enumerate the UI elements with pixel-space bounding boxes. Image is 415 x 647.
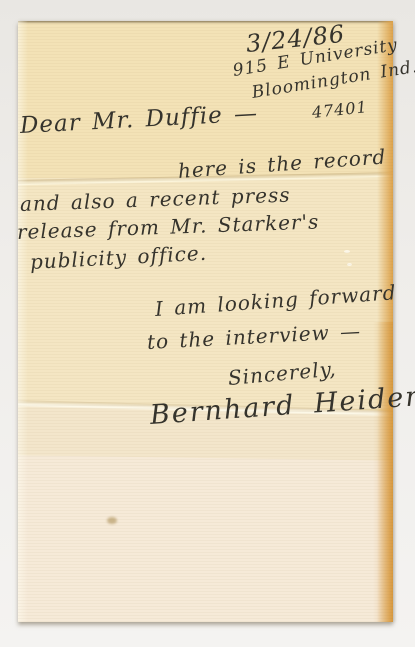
paper-left-edge-highlight	[18, 21, 28, 622]
paper-crease-speck	[344, 250, 350, 253]
paper-stain	[107, 517, 117, 524]
paper-right-edge-shading-lower	[373, 322, 393, 623]
paper-crease-speck	[347, 263, 352, 266]
letter-scan: 3/24/86 915 E University Bloomington Ind…	[0, 0, 415, 647]
paper-aging-zone-bottom	[18, 455, 393, 622]
